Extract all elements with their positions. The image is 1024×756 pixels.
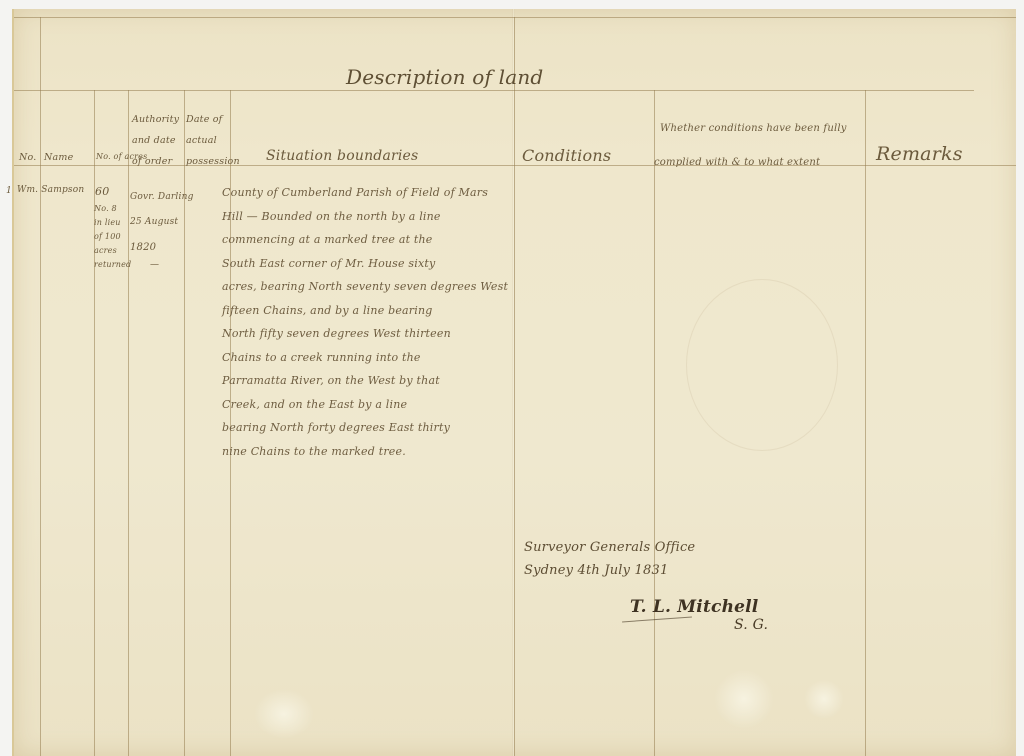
document-page: Description of land No. Name No. of acre…	[12, 9, 1016, 756]
boundary-line: North fifty seven degrees West thirteen	[222, 322, 508, 346]
column-rule	[128, 90, 129, 756]
title-rule	[14, 90, 974, 91]
header-line: and date	[132, 130, 179, 151]
paper-blemish	[804, 679, 844, 719]
signature: T. L. Mitchell	[630, 597, 758, 617]
entry-acres: 60	[95, 185, 109, 198]
boundary-line: Creek, and on the East by a line	[222, 393, 508, 417]
header-situation: Situation boundaries	[266, 148, 418, 164]
paper-blemish	[254, 689, 314, 739]
header-date-possession: Date of actual possession	[186, 109, 240, 172]
authority-line: Govr. Darling	[130, 185, 194, 210]
column-rule	[40, 17, 41, 756]
header-name: Name	[44, 152, 73, 163]
boundary-line: bearing North forty degrees East thirty	[222, 416, 508, 440]
column-rule	[865, 90, 866, 756]
boundary-line: County of Cumberland Parish of Field of …	[222, 181, 508, 205]
note-line: of 100	[94, 230, 131, 244]
header-line: possession	[186, 151, 240, 172]
boundary-line: South East corner of Mr. House sixty	[222, 252, 508, 276]
place-date-line: Sydney 4th July 1831	[524, 559, 695, 582]
header-conditions: Conditions	[522, 146, 611, 165]
entry-no: 1	[6, 186, 12, 196]
entry-name: Wm. Sampson	[17, 185, 84, 195]
header-line: Whether conditions have been fully	[654, 112, 847, 146]
top-rule	[14, 17, 1016, 18]
entry-possession: —	[150, 260, 159, 270]
note-line: No. 8	[94, 202, 131, 216]
document-title: Description of land	[346, 65, 543, 89]
signature-title: S. G.	[734, 617, 768, 633]
header-no: No.	[19, 152, 37, 163]
header-line: Authority	[132, 109, 179, 130]
entry-authority: Govr. Darling 25 August 1820	[130, 185, 194, 260]
column-rule	[654, 90, 655, 756]
note-line: in lieu	[94, 216, 131, 230]
paper-blemish	[714, 669, 774, 729]
boundary-line: commencing at a marked tree at the	[222, 228, 508, 252]
header-remarks: Remarks	[876, 143, 963, 165]
header-authority: Authority and date of order	[132, 109, 179, 172]
boundary-line: acres, bearing North seventy seven degre…	[222, 275, 508, 299]
boundary-line: Chains to a creek running into the	[222, 346, 508, 370]
entry-situation-boundaries: County of Cumberland Parish of Field of …	[222, 181, 508, 463]
boundary-line: fifteen Chains, and by a line bearing	[222, 299, 508, 323]
authority-line: 25 August	[130, 210, 194, 235]
header-compliance: Whether conditions have been fully compl…	[654, 112, 847, 180]
header-line: Date of	[186, 109, 240, 130]
office-line: Surveyor Generals Office	[524, 536, 695, 559]
header-line: complied with & to what extent	[654, 146, 847, 180]
boundary-line: nine Chains to the marked tree.	[222, 440, 508, 464]
header-line: actual	[186, 130, 240, 151]
embossed-seal	[686, 279, 838, 451]
column-rule	[514, 17, 515, 756]
signature-flourish	[622, 617, 692, 623]
certification-block: Surveyor Generals Office Sydney 4th July…	[524, 536, 695, 582]
header-line: of order	[132, 151, 179, 172]
boundary-line: Parramatta River, on the West by that	[222, 369, 508, 393]
boundary-line: Hill — Bounded on the north by a line	[222, 205, 508, 229]
note-line: returned	[94, 258, 131, 272]
note-line: acres	[94, 244, 131, 258]
entry-acres-note: No. 8 in lieu of 100 acres returned	[94, 202, 131, 272]
authority-line: 1820	[130, 235, 194, 260]
